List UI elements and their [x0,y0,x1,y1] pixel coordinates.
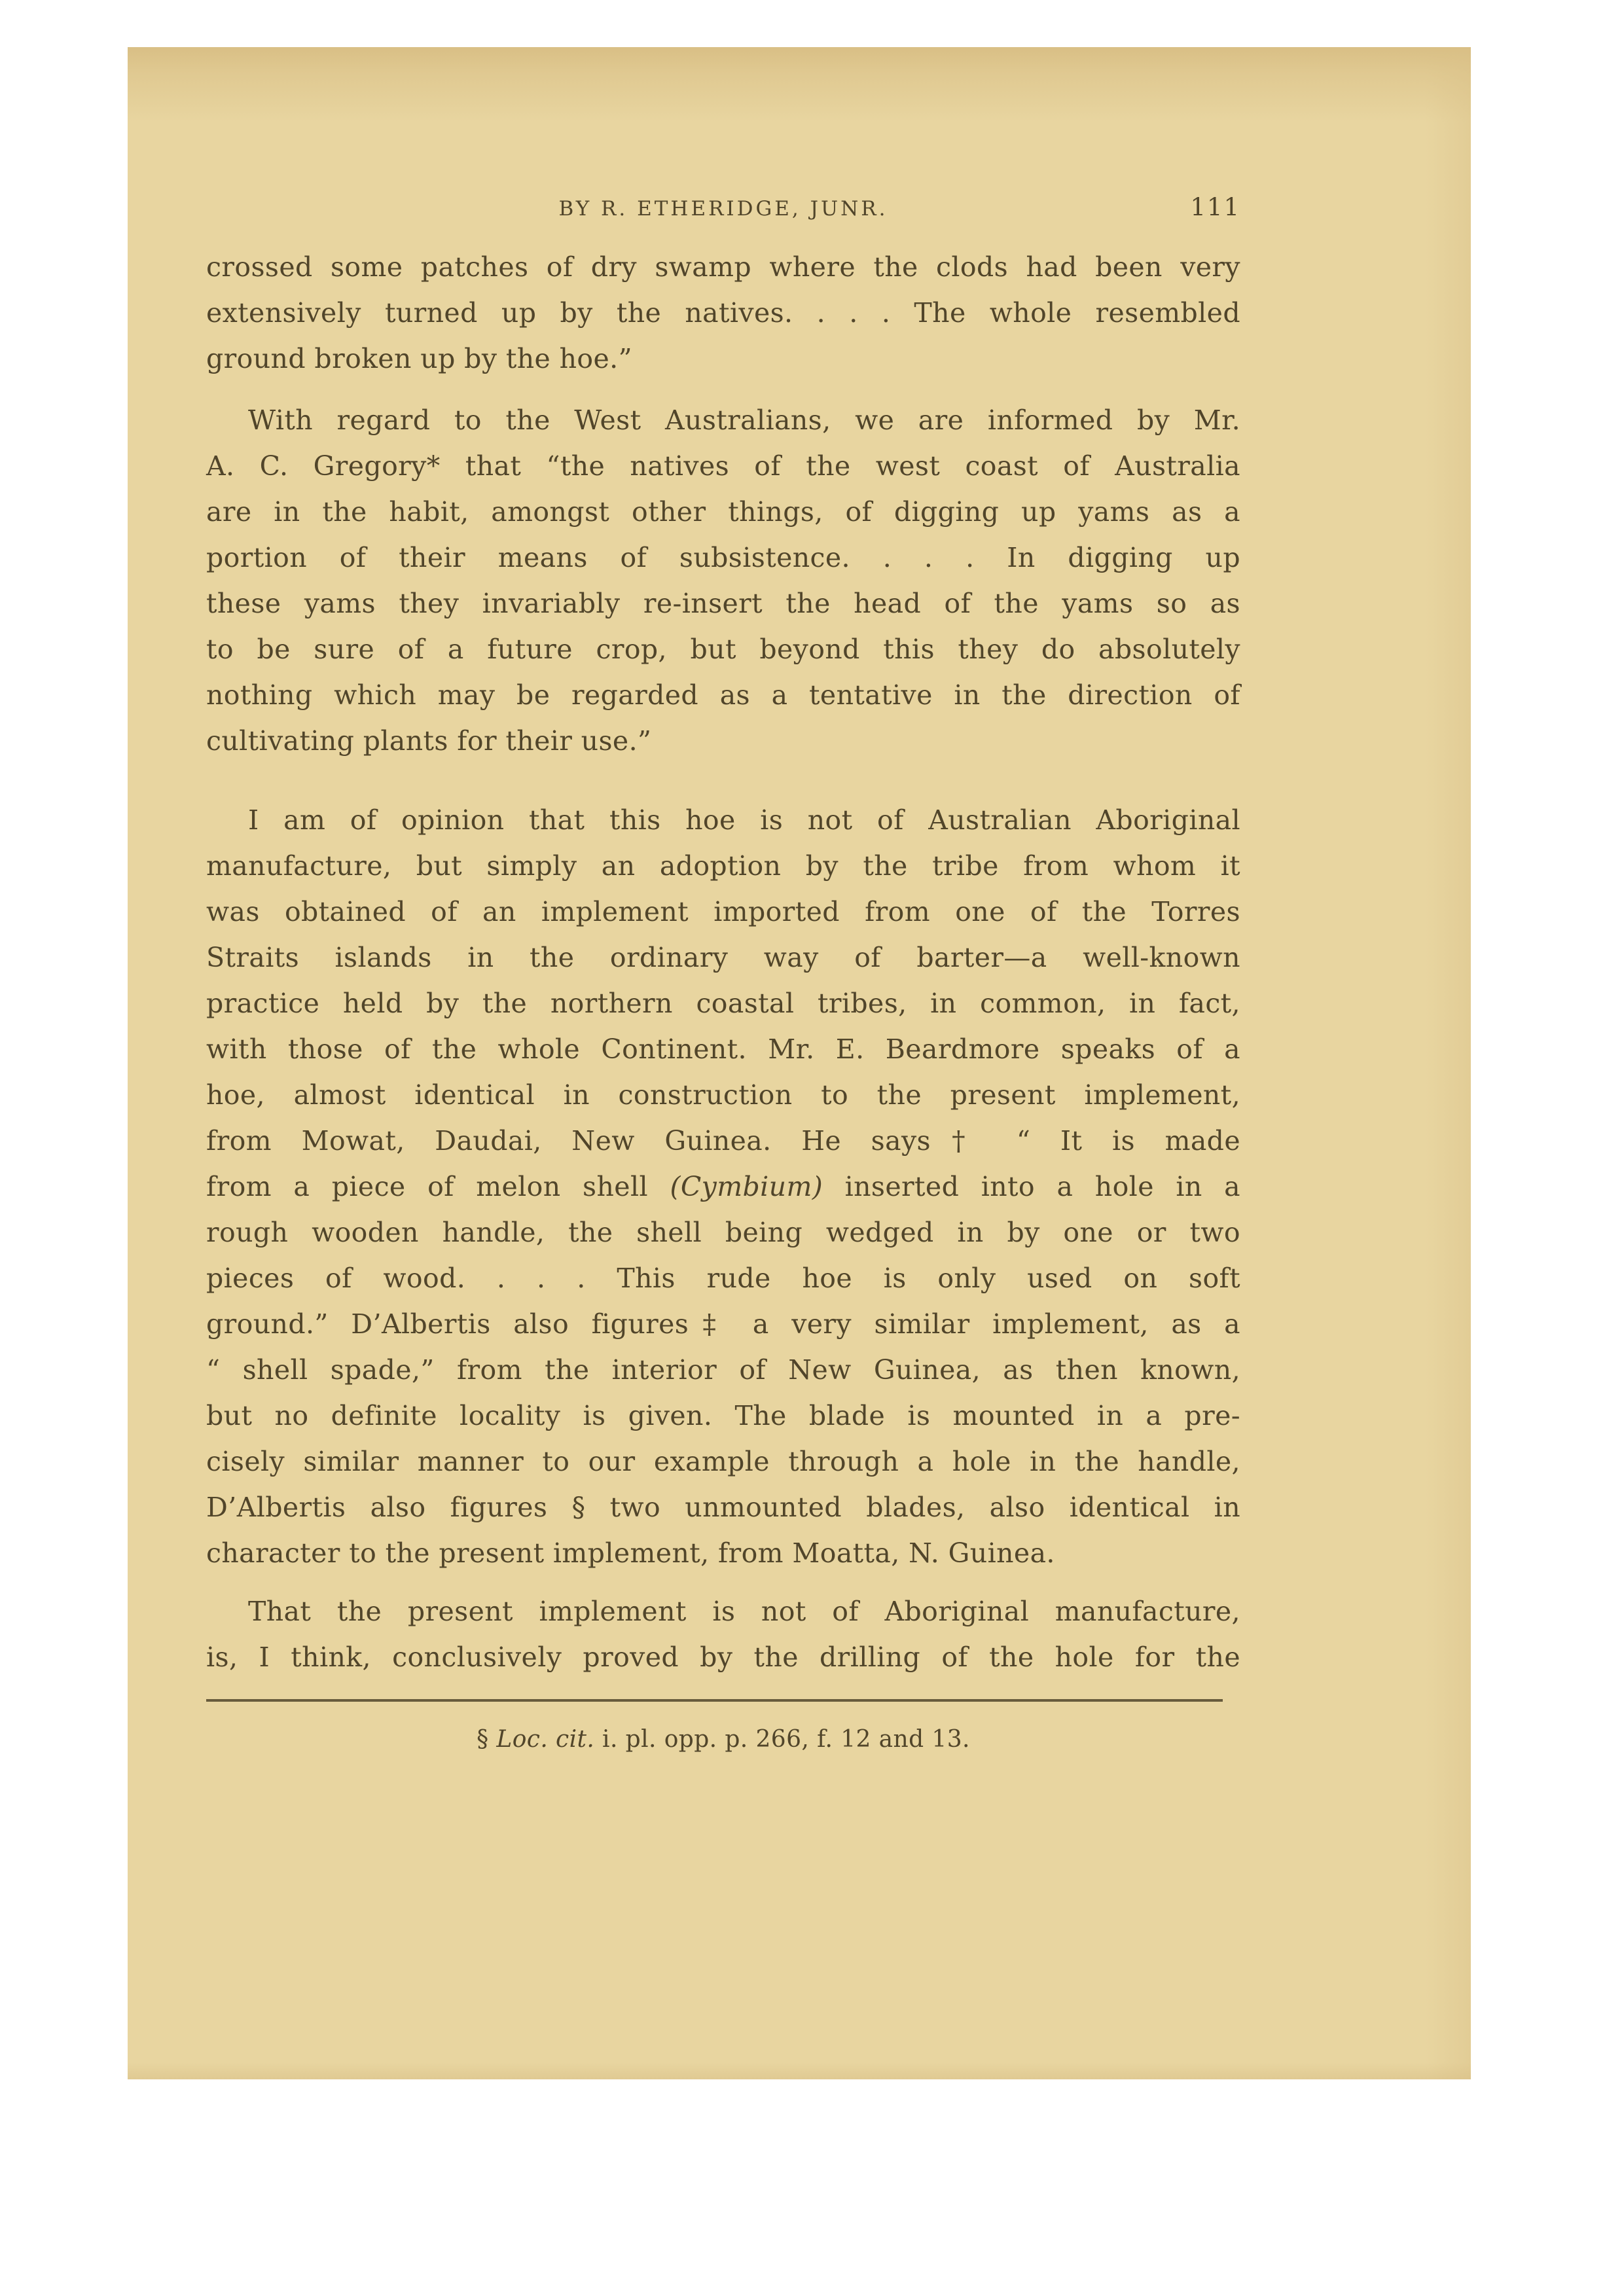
text-line: manufacture, but simply an adoption by t… [206,843,1240,889]
text-segment: character to the present implement, from… [206,1537,1055,1569]
text-line: ground.” D’Albertis also figures‡ a very… [206,1301,1240,1347]
text-segment: from a piece of melon shell [206,1171,670,1202]
footnote-rule [206,1699,1223,1702]
text-segment: these yams they invariably re-insert the… [206,588,1240,619]
text-segment: is, I think, conclusively proved by the … [206,1641,1240,1673]
page-number: 111 [1190,193,1240,222]
text-segment: hoe, almost identical in construction to… [206,1079,1240,1111]
text-line: With regard to the West Australians, we … [206,397,1240,443]
text-line: cultivating plants for their use.” [206,718,1240,764]
text-segment: crossed some patches of dry swamp where … [206,251,1240,283]
italic-text: Loc. cit. [496,1726,594,1753]
text-line: I am of opinion that this hoe is not of … [206,797,1240,843]
text-line: are in the habit, amongst other things, … [206,489,1240,535]
text-segment: ground broken up by the hoe.” [206,343,632,374]
text-segment: I am of opinion that this hoe is not of … [248,804,1240,836]
text-segment: cultivating plants for their use.” [206,725,651,757]
text-segment: cisely similar manner to our example thr… [206,1446,1240,1477]
text-line: ground broken up by the hoe.” [206,336,1240,382]
text-line: nothing which may be regarded as a tenta… [206,672,1240,718]
paragraph: That the present implement is not of Abo… [206,1588,1240,1680]
text-line: practice held by the northern coastal tr… [206,980,1240,1026]
text-line: but no definite locality is given. The b… [206,1393,1240,1439]
paragraph: crossed some patches of dry swamp where … [206,244,1240,382]
text-segment: Straits islands in the ordinary way of b… [206,942,1240,973]
text-segment: with those of the whole Continent. Mr. E… [206,1033,1240,1065]
text-line: from Mowat, Daudai, New Guinea. He says†… [206,1118,1240,1164]
text-line: extensively turned up by the natives. . … [206,290,1240,336]
text-segment: was obtained of an implement imported fr… [206,896,1240,927]
text-line: character to the present implement, from… [206,1530,1240,1576]
text-line: pieces of wood. . . . This rude hoe is o… [206,1255,1240,1301]
text-segment: from Mowat, Daudai, New Guinea. He says†… [206,1125,1240,1157]
text-segment: i. pl. opp. p. 266, f. 12 and 13. [594,1726,970,1753]
book-page: BY R. ETHERIDGE, JUNR. 111 crossed some … [128,47,1471,2079]
text-segment: inserted into a hole in a [823,1171,1240,1202]
text-line: crossed some patches of dry swamp where … [206,244,1240,290]
text-segment: D’Albertis also figures § two unmounted … [206,1492,1240,1523]
text-segment: practice held by the northern coastal tr… [206,988,1240,1019]
text-line: hoe, almost identical in construction to… [206,1072,1240,1118]
text-segment: A. C. Gregory* that “the natives of the … [206,450,1240,482]
paragraph: I am of opinion that this hoe is not of … [206,797,1240,1576]
text-segment: rough wooden handle, the shell being wed… [206,1217,1240,1248]
text-segment: With regard to the West Australians, we … [248,404,1240,436]
text-line: portion of their means of subsistence. .… [206,535,1240,581]
text-line: to be sure of a future crop, but beyond … [206,626,1240,672]
scan-background: { "document": { "running_header": "BY R.… [0,0,1624,2296]
text-segment: § [477,1726,496,1753]
text-segment: “ shell spade,” from the interior of New… [206,1354,1240,1386]
text-line: was obtained of an implement imported fr… [206,889,1240,935]
page-header: BY R. ETHERIDGE, JUNR. 111 [206,194,1240,223]
text-line: Straits islands in the ordinary way of b… [206,935,1240,980]
paragraph: With regard to the West Australians, we … [206,397,1240,764]
text-segment: to be sure of a future crop, but beyond … [206,634,1240,665]
text-segment: portion of their means of subsistence. .… [206,542,1240,573]
text-segment: That the present implement is not of Abo… [248,1596,1240,1627]
text-line: That the present implement is not of Abo… [206,1588,1240,1634]
text-line: with those of the whole Continent. Mr. E… [206,1026,1240,1072]
text-line: rough wooden handle, the shell being wed… [206,1210,1240,1255]
footnotes: § Loc. cit. i. pl. opp. p. 266, f. 12 an… [206,1715,1240,1763]
text-line: from a piece of melon shell (Cymbium) in… [206,1164,1240,1210]
italic-text: (Cymbium) [670,1171,823,1202]
running-header-title: BY R. ETHERIDGE, JUNR. [206,194,1240,223]
text-line: D’Albertis also figures § two unmounted … [206,1484,1240,1530]
text-block: crossed some patches of dry swamp where … [206,244,1240,1763]
text-segment: ground.” D’Albertis also figures‡ a very… [206,1308,1240,1340]
footnote-line: § Loc. cit. i. pl. opp. p. 266, f. 12 an… [206,1715,1240,1763]
text-segment: pieces of wood. . . . This rude hoe is o… [206,1263,1240,1294]
text-segment: nothing which may be regarded as a tenta… [206,679,1240,711]
text-segment: but no definite locality is given. The b… [206,1400,1240,1431]
text-segment: extensively turned up by the natives. . … [206,297,1240,329]
text-line: these yams they invariably re-insert the… [206,581,1240,626]
text-line: “ shell spade,” from the interior of New… [206,1347,1240,1393]
text-line: is, I think, conclusively proved by the … [206,1634,1240,1680]
text-segment: manufacture, but simply an adoption by t… [206,850,1240,882]
text-segment: are in the habit, amongst other things, … [206,496,1240,528]
text-line: A. C. Gregory* that “the natives of the … [206,443,1240,489]
text-line: cisely similar manner to our example thr… [206,1439,1240,1484]
